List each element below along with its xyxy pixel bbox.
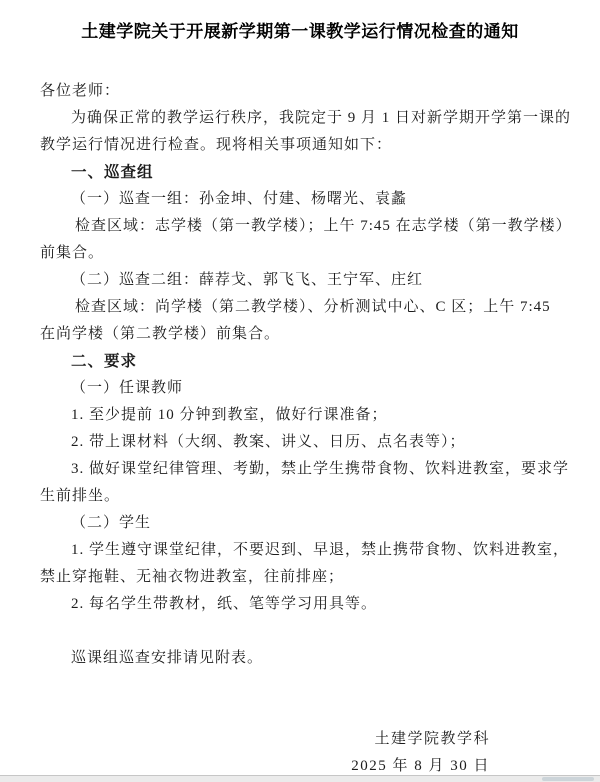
horizontal-scrollbar-thumb[interactable] (542, 777, 594, 781)
teachers-subheading: （一）任课教师 (40, 375, 560, 402)
student-item-1-line-1: 1. 学生遵守课堂纪律，不要迟到、早退，禁止携带食物、饮料进教室， (40, 537, 560, 564)
section-2-heading: 二、要求 (40, 348, 560, 375)
teacher-item-2: 2. 带上课材料（大纲、教案、讲义、日历、点名表等）； (40, 429, 560, 456)
signature-block: 土建学院教学科 2025 年 8 月 30 日 (40, 726, 560, 780)
intro-paragraph-line-1: 为确保正常的教学运行秩序，我院定于 9 月 1 日对新学期开学第一课的 (40, 105, 560, 132)
intro-paragraph-line-2: 教学运行情况进行检查。现将相关事项通知如下： (40, 132, 560, 159)
salutation-line: 各位老师： (40, 78, 560, 105)
page-title: 土建学院关于开展新学期第一课教学运行情况检查的通知 (40, 18, 560, 46)
teacher-item-1: 1. 至少提前 10 分钟到教室，做好行课准备； (40, 402, 560, 429)
group-2-area-line-1: 检查区域：尚学楼（第二教学楼）、分析测试中心、C 区；上午 7:45 (40, 294, 560, 321)
group-1-area-line-2: 前集合。 (40, 240, 560, 267)
teacher-item-3-line-2: 生前排坐。 (40, 483, 560, 510)
section-1-heading: 一、巡查组 (40, 159, 560, 186)
group-1-members-line: （一）巡查一组：孙金坤、付建、杨曙光、袁蠡 (40, 186, 560, 213)
student-item-1-line-2: 禁止穿拖鞋、无袖衣物进教室，往前排座； (40, 564, 560, 591)
group-2-members-line: （二）巡查二组：薛荐戈、郭飞飞、王宁军、庄红 (40, 267, 560, 294)
horizontal-scrollbar[interactable] (0, 775, 600, 782)
signature-line: 土建学院教学科 (40, 726, 490, 753)
group-2-area-line-2: 在尚学楼（第二教学楼）前集合。 (40, 321, 560, 348)
student-item-2: 2. 每名学生带教材，纸、笔等学习用具等。 (40, 591, 560, 618)
students-subheading: （二）学生 (40, 510, 560, 537)
group-1-area-line-1: 检查区域：志学楼（第一教学楼）；上午 7:45 在志学楼（第一教学楼） (40, 213, 560, 240)
document-content: 土建学院关于开展新学期第一课教学运行情况检查的通知 各位老师： 为确保正常的教学… (0, 0, 600, 780)
notice-document-page: 土建学院关于开展新学期第一课教学运行情况检查的通知 各位老师： 为确保正常的教学… (0, 0, 600, 782)
attachment-note-line: 巡课组巡查安排请见附表。 (40, 645, 560, 672)
teacher-item-3-line-1: 3. 做好课堂纪律管理、考勤，禁止学生携带食物、饮料进教室，要求学 (40, 456, 560, 483)
